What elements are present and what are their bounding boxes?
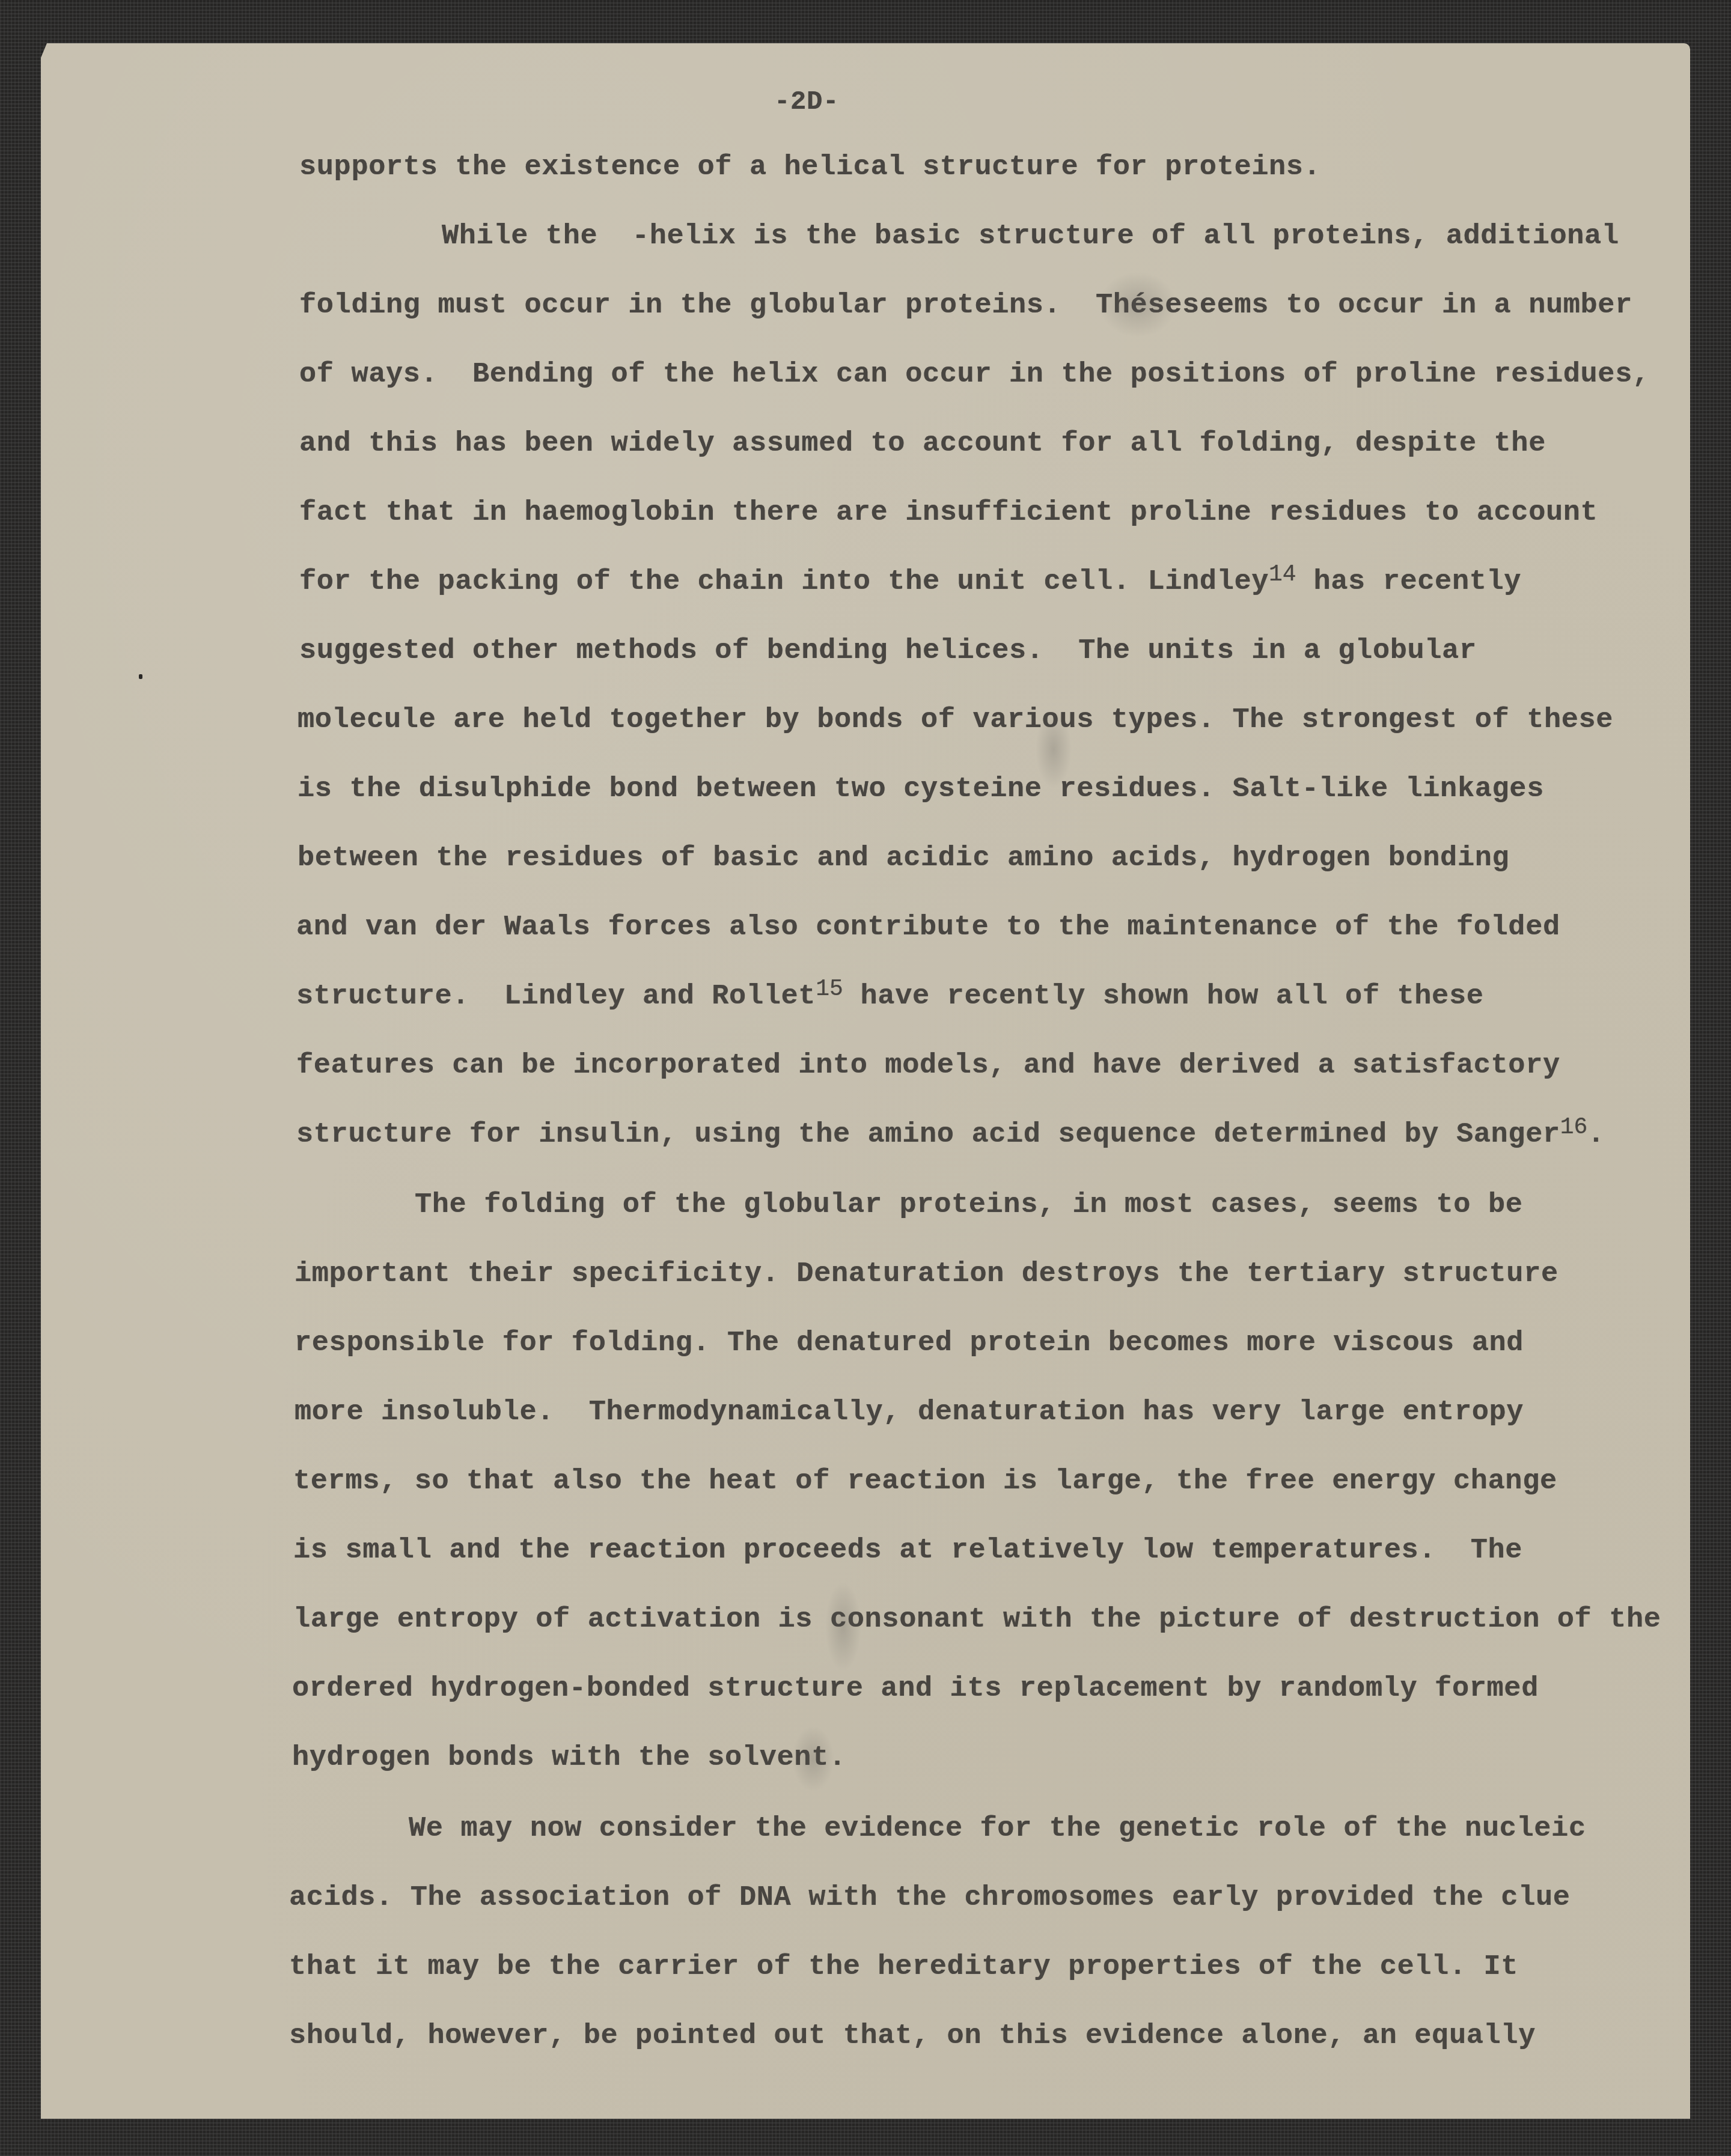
page-number: -2D- — [774, 89, 839, 115]
text-line: between the residues of basic and acidic… — [298, 844, 1509, 872]
text-line: folding must occur in the globular prote… — [299, 291, 1632, 320]
text-line: suggested other methods of bending helic… — [299, 637, 1477, 665]
text-line: responsible for folding. The denatured p… — [295, 1329, 1524, 1357]
footnote-reference: 15 — [816, 976, 843, 1002]
line-text-continued: . — [1587, 1119, 1605, 1151]
paragraph-first-line: We may now consider the evidence for the… — [409, 1815, 1586, 1843]
line-text-continued: has recently — [1296, 566, 1521, 598]
paper-speck — [139, 674, 142, 679]
text-line-with-footnote: structure for insulin, using the amino a… — [296, 1121, 1605, 1149]
text-line: and this has been widely assumed to acco… — [299, 430, 1546, 458]
text-line: important their specificity. Denaturatio… — [295, 1260, 1559, 1288]
paragraph-first-line: While the -helix is the basic structure … — [442, 222, 1619, 251]
text-line: is small and the reaction proceeds at re… — [293, 1536, 1522, 1565]
footnote-reference: 16 — [1560, 1115, 1588, 1140]
text-line: should, however, be pointed out that, on… — [289, 2022, 1536, 2050]
text-line: large entropy of activation is consonant… — [293, 1606, 1661, 1634]
typed-manuscript-page: -2D- supports the existence of a helical… — [41, 43, 1690, 2119]
line-text-continued: have recently shown how all of these — [843, 981, 1484, 1013]
text-line: that it may be the carrier of the heredi… — [289, 1953, 1518, 1981]
text-line-with-footnote: structure. Lindley and Rollet15 have rec… — [296, 982, 1484, 1011]
text-line: features can be incorporated into models… — [296, 1052, 1560, 1080]
text-line: hydrogen bonds with the solvent. — [292, 1744, 846, 1772]
footnote-reference: 14 — [1269, 562, 1296, 588]
line-text: structure for insulin, using the amino a… — [296, 1119, 1560, 1151]
text-line: terms, so that also the heat of reaction… — [293, 1467, 1557, 1496]
line-text: structure. Lindley and Rollet — [296, 981, 816, 1013]
text-line: of ways. Bending of the helix can occur … — [299, 361, 1650, 389]
text-line: fact that in haemoglobin there are insuf… — [299, 499, 1598, 527]
text-line: is the disulphide bond between two cyste… — [298, 775, 1544, 803]
line-text: for the packing of the chain into the un… — [299, 566, 1269, 598]
paragraph-first-line: The folding of the globular proteins, in… — [415, 1191, 1523, 1219]
text-line: supports the existence of a helical stru… — [299, 153, 1320, 181]
text-line: molecule are held together by bonds of v… — [298, 706, 1613, 734]
text-line: ordered hydrogen-bonded structure and it… — [292, 1675, 1539, 1703]
text-line: acids. The association of DNA with the c… — [289, 1884, 1571, 1912]
text-line-with-footnote: for the packing of the chain into the un… — [299, 568, 1521, 596]
text-line: more insoluble. Thermodynamically, denat… — [295, 1398, 1524, 1427]
text-line: and van der Waals forces also contribute… — [296, 913, 1560, 942]
